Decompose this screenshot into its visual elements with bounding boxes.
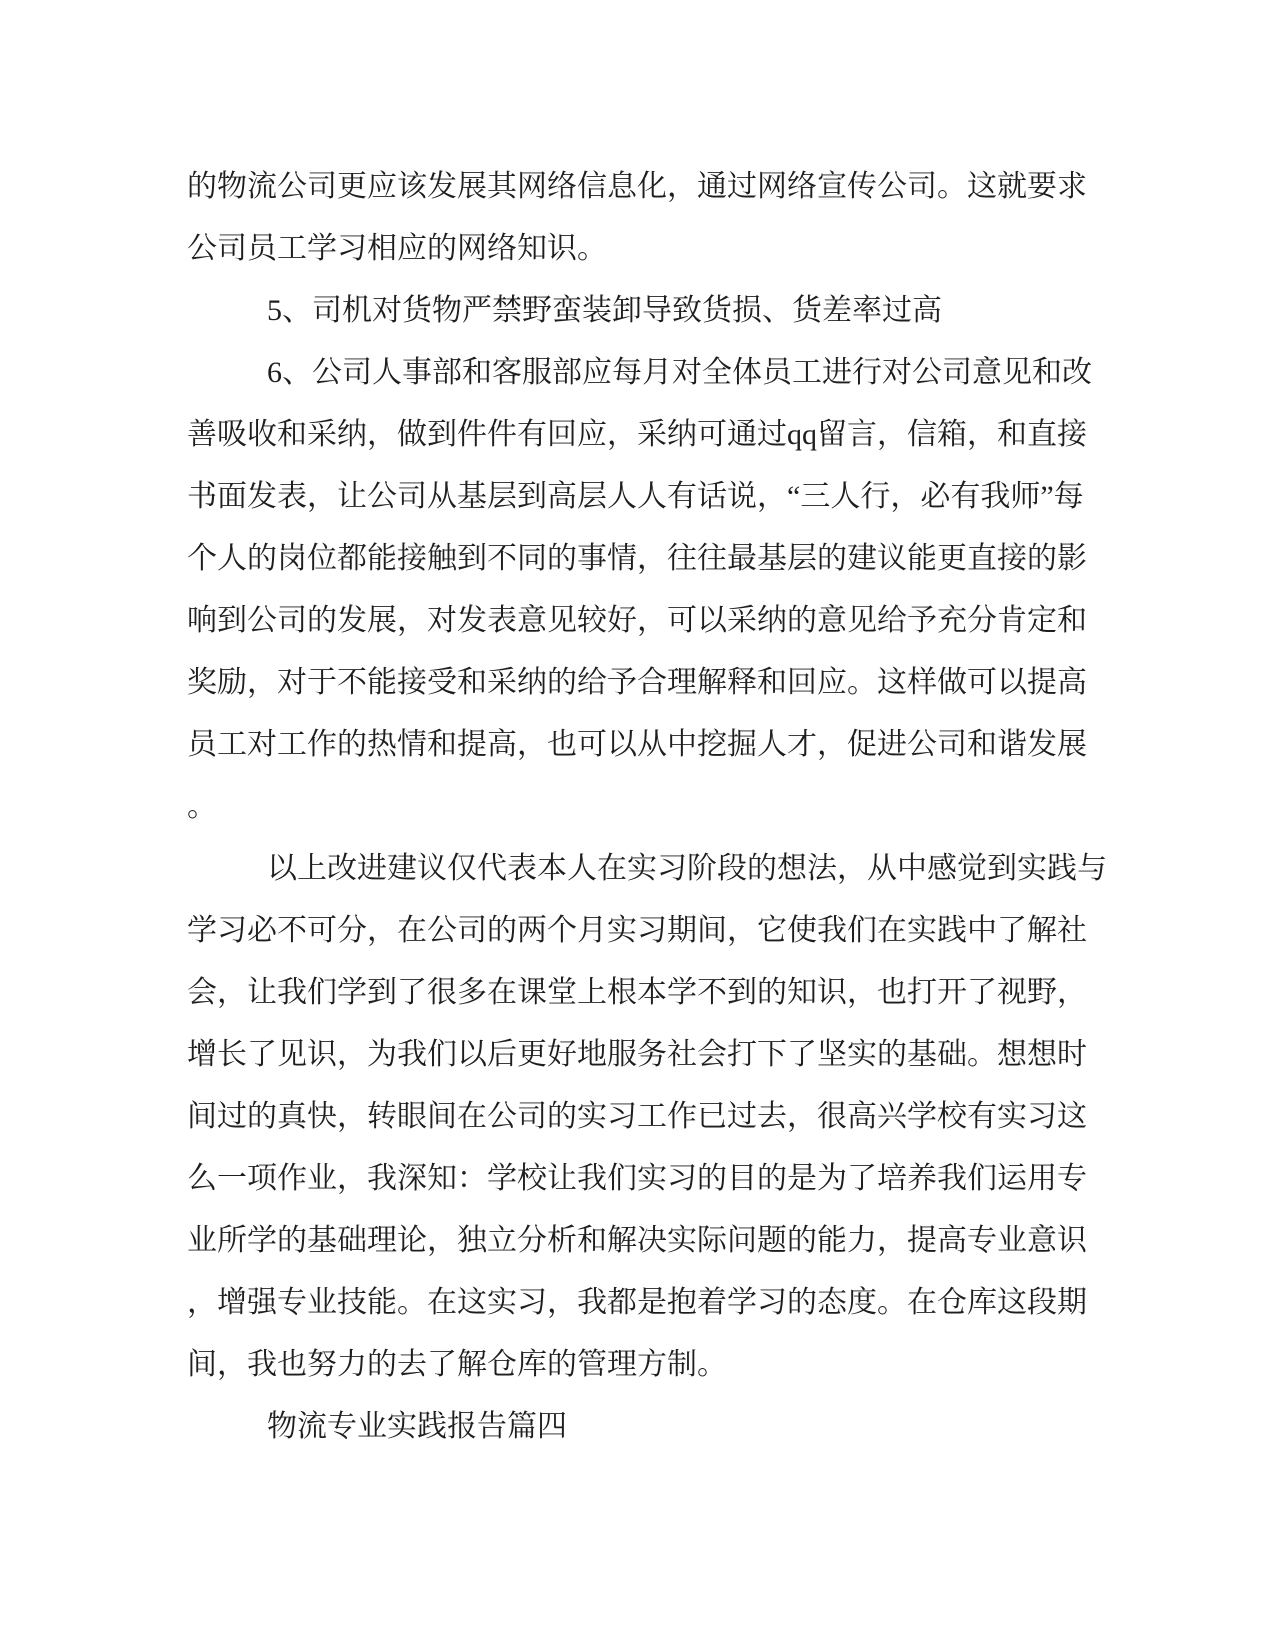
text-line: 。 [187,776,1092,838]
text-line: 5、司机对货物严禁野蛮装卸导致货损、货差率过高 [187,280,1092,342]
text-line: 间，我也努力的去了解仓库的管理方制。 [187,1334,1092,1396]
text-line: 业所学的基础理论，独立分析和解决实际问题的能力，提高专业意识 [187,1210,1092,1272]
text-line: 奖励，对于不能接受和采纳的给予合理解释和回应。这样做可以提高 [187,652,1092,714]
text-line: 间过的真快，转眼间在公司的实习工作已过去，很高兴学校有实习这 [187,1086,1092,1148]
text-line: 公司员工学习相应的网络知识。 [187,218,1092,280]
text-line: 员工对工作的热情和提高，也可以从中挖掘人才，促进公司和谐发展 [187,714,1092,776]
text-line: 会，让我们学到了很多在课堂上根本学不到的知识，也打开了视野， [187,962,1092,1024]
text-line: 学习必不可分，在公司的两个月实习期间，它使我们在实践中了解社 [187,900,1092,962]
text-line: 以上改进建议仅代表本人在实习阶段的想法，从中感觉到实践与 [187,838,1092,900]
text-line: 个人的岗位都能接触到不同的事情，往往最基层的建议能更直接的影 [187,528,1092,590]
document-text-block: 的物流公司更应该发展其网络信息化，通过网络宣传公司。这就要求公司员工学习相应的网… [187,156,1092,1458]
document-body: { "page": { "background": "#ffffff", "te… [0,0,1275,1650]
text-line: ，增强专业技能。在这实习，我都是抱着学习的态度。在仓库这段期 [187,1272,1092,1334]
text-line: 6、公司人事部和客服部应每月对全体员工进行对公司意见和改 [187,342,1092,404]
text-line: 响到公司的发展，对发表意见较好，可以采纳的意见给予充分肯定和 [187,590,1092,652]
text-line: 书面发表，让公司从基层到高层人人有话说，“三人行，必有我师”每 [187,466,1092,528]
text-line: 么一项作业，我深知：学校让我们实习的目的是为了培养我们运用专 [187,1148,1092,1210]
text-line: 物流专业实践报告篇四 [187,1396,1092,1458]
text-line: 的物流公司更应该发展其网络信息化，通过网络宣传公司。这就要求 [187,156,1092,218]
text-line: 增长了见识，为我们以后更好地服务社会打下了坚实的基础。想想时 [187,1024,1092,1086]
text-line: 善吸收和采纳，做到件件有回应，采纳可通过qq留言，信箱，和直接 [187,404,1092,466]
document-page: 的物流公司更应该发展其网络信息化，通过网络宣传公司。这就要求公司员工学习相应的网… [0,0,1275,1650]
